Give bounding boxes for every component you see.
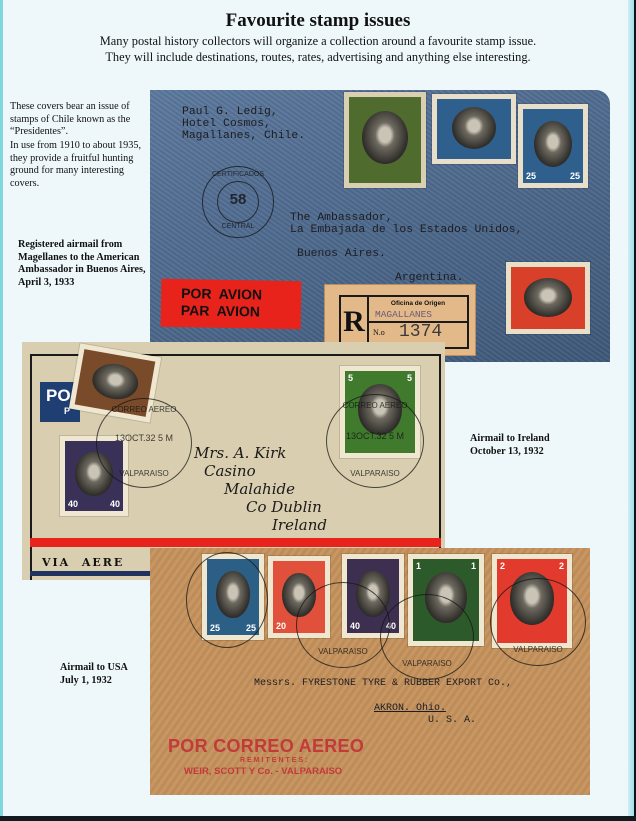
subtitle-line-2: They will include destinations, routes, … (0, 50, 636, 66)
recipient-address: The Ambassador,La Embajada de los Estado… (290, 212, 522, 284)
page-title: Favourite stamp issues (0, 10, 636, 32)
par-avion-label: POR AVION PAR AVION (161, 279, 302, 329)
valparaiso-postmark: VALPARAISO (296, 582, 390, 668)
cover-registered-airmail: Paul G. Ledig,Hotel Cosmos,Magallanes, C… (150, 90, 610, 362)
valparaiso-postmark: VALPARAISO (380, 594, 474, 680)
intro-paragraph-2: In use from 1910 to about 1935, they pro… (10, 140, 152, 190)
valparaiso-postmark: CORREO AEREO 13OCT.32 5 M VALPARAISO (326, 394, 424, 488)
registration-number: 1374 (399, 322, 442, 342)
subtitle-line-1: Many postal history collectors will orga… (0, 34, 636, 50)
cover-airmail-usa: 2525 20 4040 11 22 VALPARAISO VALPARAISO… (150, 548, 590, 795)
stamp (432, 94, 516, 164)
registration-postmark: CERTIFICADOS 58 CENTRAL (202, 166, 274, 238)
cover-1-caption: Registered airmail from Magellanes to th… (18, 239, 148, 289)
cover-3-caption-line-1: Airmail to USA (60, 662, 150, 675)
registration-office: MAGALLANES (375, 309, 432, 320)
valparaiso-postmark (186, 552, 268, 648)
cover-2-caption-line-2: October 13, 1932 (470, 446, 590, 459)
valparaiso-postmark: VALPARAISO (490, 578, 586, 666)
recipient-address: Messrs. FYRESTONE TYRE & RUBBER EXPORT C… (254, 678, 512, 727)
stamp (344, 92, 426, 188)
page-edge-left (0, 0, 3, 821)
red-stripe (30, 538, 441, 547)
cover-2-caption-line-1: Airmail to Ireland (470, 433, 590, 446)
registration-letter: R (339, 295, 367, 349)
sender-imprint: POR CORREO AEREO REMITENTES: WEIR, SCOTT… (168, 736, 364, 778)
sender-address: Paul G. Ledig,Hotel Cosmos,Magallanes, C… (182, 106, 305, 142)
stamp: 2525 (518, 104, 588, 188)
page-edge-right (628, 0, 636, 821)
intro-paragraph-1: These covers bear an issue of stamps of … (10, 101, 152, 139)
cover-airmail-ireland: PO P 4040 55 CORREO AEREO 13OCT.32 5 M V… (22, 342, 445, 580)
recipient-address: Mrs. A. KirkCasinoMalahideCo DublinIrela… (194, 444, 327, 534)
cover-3-caption: Airmail to USA July 1, 1932 (60, 662, 150, 687)
valparaiso-postmark: CORREO AEREO 13OCT.32 5 M VALPARAISO (96, 398, 192, 488)
cover-3-caption-line-2: July 1, 1932 (60, 675, 150, 688)
page-bottom-strip (0, 816, 636, 821)
via-aerea-label: VIA AERE (42, 556, 124, 569)
page-subtitle: Many postal history collectors will orga… (0, 34, 636, 65)
cover-2-caption: Airmail to Ireland October 13, 1932 (470, 433, 590, 458)
